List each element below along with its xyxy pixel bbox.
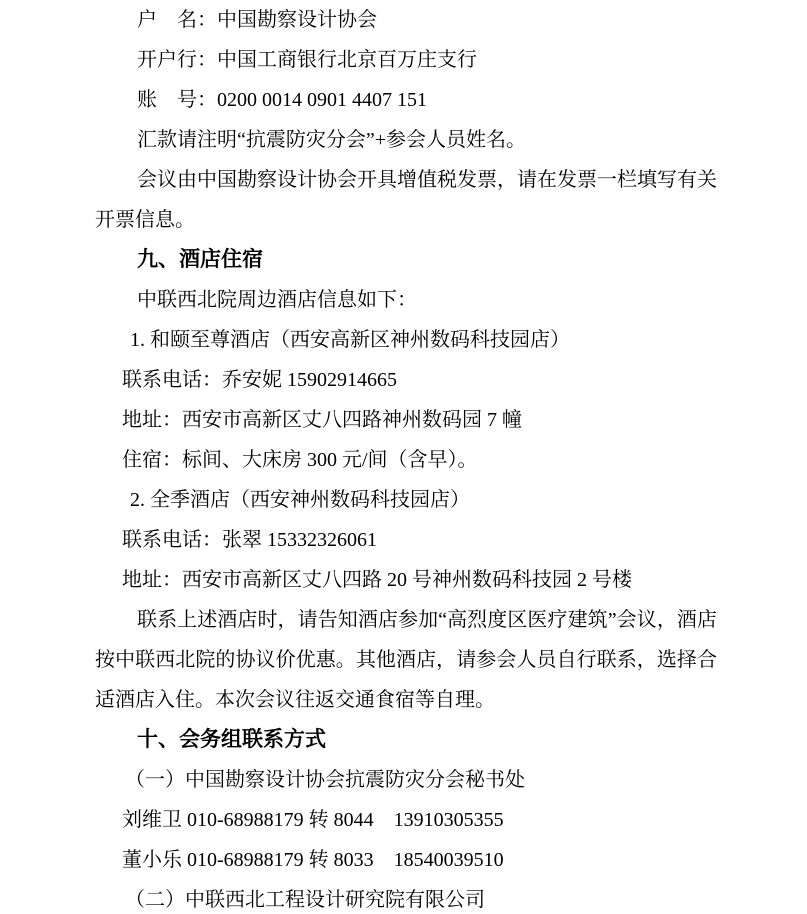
hotel1-room-line: 住宿：标间、大床房 300 元/间（含早）。	[95, 440, 717, 480]
account-number-line: 账 号：0200 0014 0901 4407 151	[95, 80, 717, 120]
contact-section: 十、会务组联系方式 （一）中国勘察设计协会抗震防灾分会秘书处 刘维卫 010-6…	[95, 720, 717, 914]
hotel-section-heading: 九、酒店住宿	[95, 240, 717, 280]
hotel2-phone-line: 联系电话：张翠 15332326061	[95, 520, 717, 560]
hotel-note-paragraph: 联系上述酒店时，请告知酒店参加“高烈度区医疗建筑”会议，酒店按中联西北院的协议价…	[95, 600, 717, 720]
hotel-item: 2. 全季酒店（西安神州数码科技园店） 联系电话：张翠 15332326061 …	[95, 480, 717, 600]
hotel-intro-line: 中联西北院周边酒店信息如下：	[95, 280, 717, 320]
hotel-item: 1. 和颐至尊酒店（西安高新区神州数码科技园店） 联系电话：乔安妮 159029…	[95, 320, 717, 480]
bank-line: 开户行：中国工商银行北京百万庄支行	[95, 40, 717, 80]
contact-member-line: 刘维卫 010-68988179 转 8044 13910305355	[95, 800, 717, 840]
payment-section: 户 名：中国勘察设计协会 开户行：中国工商银行北京百万庄支行 账 号：0200 …	[95, 0, 717, 240]
hotel1-name-line: 1. 和颐至尊酒店（西安高新区神州数码科技园店）	[95, 320, 717, 360]
document-body: 户 名：中国勘察设计协会 开户行：中国工商银行北京百万庄支行 账 号：0200 …	[95, 0, 717, 914]
contact-member-line: 董小乐 010-68988179 转 8033 18540039510	[95, 840, 717, 880]
invoice-note-paragraph: 会议由中国勘察设计协会开具增值税发票，请在发票一栏填写有关开票信息。	[95, 160, 717, 240]
contact-org2-line: （二）中联西北工程设计研究院有限公司	[95, 880, 717, 914]
contact-section-heading: 十、会务组联系方式	[95, 720, 717, 760]
hotel-section: 九、酒店住宿 中联西北院周边酒店信息如下： 1. 和颐至尊酒店（西安高新区神州数…	[95, 240, 717, 720]
hotel1-phone-line: 联系电话：乔安妮 15902914665	[95, 360, 717, 400]
account-name-line: 户 名：中国勘察设计协会	[95, 0, 717, 40]
hotel2-address-line: 地址：西安市高新区丈八四路 20 号神州数码科技园 2 号楼	[95, 560, 717, 600]
hotel1-address-line: 地址：西安市高新区丈八四路神州数码园 7 幢	[95, 400, 717, 440]
hotel2-name-line: 2. 全季酒店（西安神州数码科技园店）	[95, 480, 717, 520]
document-page: 户 名：中国勘察设计协会 开户行：中国工商银行北京百万庄支行 账 号：0200 …	[0, 0, 807, 914]
contact-org1-line: （一）中国勘察设计协会抗震防灾分会秘书处	[95, 760, 717, 800]
remit-note-line: 汇款请注明“抗震防灾分会”+参会人员姓名。	[95, 120, 717, 160]
